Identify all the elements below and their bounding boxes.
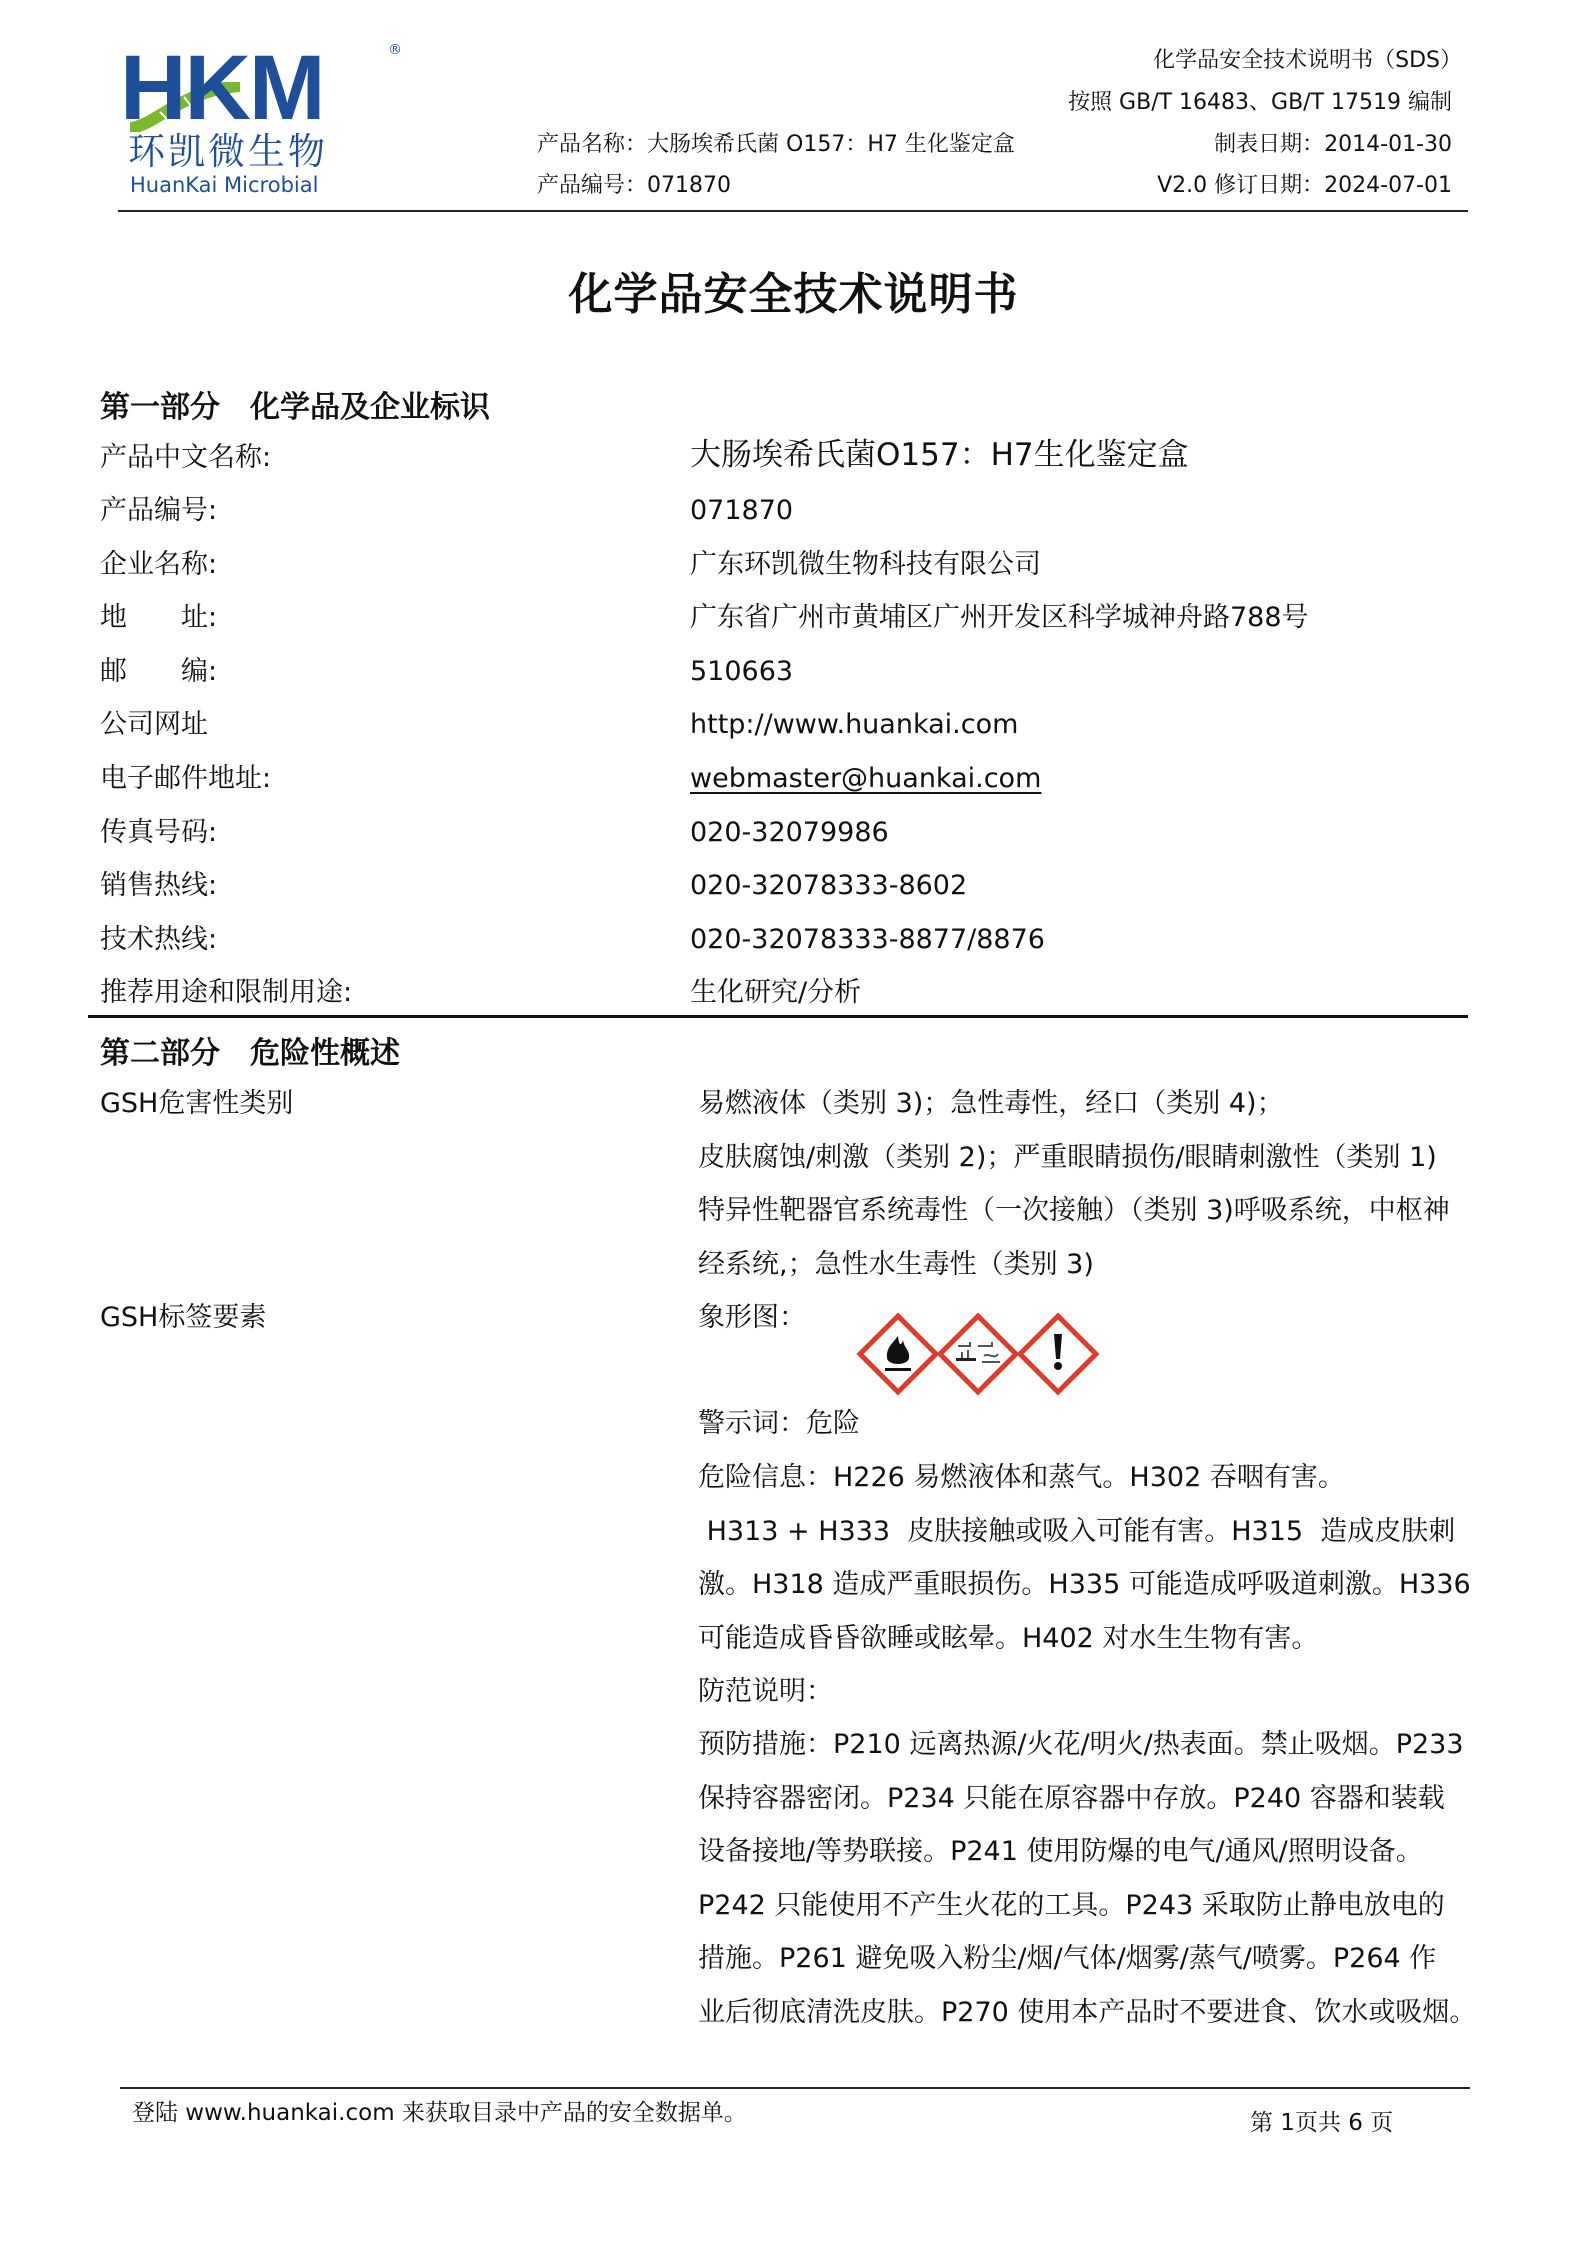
footer-divider bbox=[120, 2087, 1470, 2089]
header-product-name-label: 产品名称： bbox=[537, 132, 647, 157]
header-product-name: 产品名称：大肠埃希氏菌 O157：H7 生化鉴定盒 bbox=[537, 130, 1015, 160]
header-revision-date: 2024-07-01 bbox=[1324, 173, 1452, 198]
row-label-product-cn-name: 产品中文名称: bbox=[100, 441, 271, 475]
row-value-address: 广东省广州市黄埔区广州开发区科学城神舟路788号 bbox=[690, 601, 1309, 635]
precaution-line: 预防措施：P210 远离热源/火花/明火/热表面。禁止吸烟。P233 bbox=[698, 1718, 1488, 1772]
header-product-code: 产品编号：071870 bbox=[537, 171, 731, 201]
precaution-line: 措施。P261 避免吸入粉尘/烟/气体/烟雾/蒸气/喷雾。P264 作 bbox=[698, 1932, 1488, 1986]
row-label-fax: 传真号码: bbox=[100, 816, 217, 850]
row-label-website: 公司网址 bbox=[100, 708, 208, 742]
section2-title: 危险性概述 bbox=[250, 1036, 400, 1071]
hazard-class-label: GSH危害性类别 bbox=[100, 1087, 293, 1121]
row-label-company: 企业名称: bbox=[100, 548, 217, 582]
logo-mark: HKM bbox=[120, 42, 324, 134]
header-revision-label: V2.0 修订日期： bbox=[1157, 173, 1324, 198]
header-product-code-label: 产品编号： bbox=[537, 173, 647, 198]
logo-name-cn: 环凯微生物 bbox=[128, 132, 328, 172]
section2-number: 第二部分 bbox=[100, 1036, 220, 1071]
header-product-code-value: 071870 bbox=[647, 173, 731, 198]
precaution-line: 业后彻底清洗皮肤。P270 使用本产品时不要进食、饮水或吸烟。 bbox=[698, 1986, 1488, 2040]
hazard-class-line: 经系统,；急性水生毒性（类别 3) bbox=[698, 1238, 1488, 1292]
hazard-class-line: 皮肤腐蚀/刺激（类别 2)；严重眼睛损伤/眼睛刺激性（类别 1) bbox=[698, 1131, 1488, 1185]
header-standard: 按照 GB/T 16483、GB/T 17519 编制 bbox=[1068, 88, 1452, 118]
precaution-line: 设备接地/等势联接。P241 使用防爆的电气/通风/照明设备。 bbox=[698, 1825, 1488, 1879]
flame-icon bbox=[856, 1312, 940, 1396]
row-label-usage: 推荐用途和限制用途: bbox=[100, 976, 352, 1010]
company-logo: HKM ® 环凯微生物 HuanKai Microbial bbox=[120, 42, 400, 192]
registered-mark: ® bbox=[388, 42, 402, 58]
row-value-product-cn-name: 大肠埃希氏菌O157：H7生化鉴定盒 bbox=[690, 438, 1189, 472]
exclamation-icon bbox=[1016, 1312, 1100, 1396]
hazard-statement-line: 激。H318 造成严重眼损伤。H335 可能造成呼吸道刺激。H336 bbox=[698, 1558, 1488, 1612]
header-created-date: 2014-01-30 bbox=[1324, 132, 1452, 157]
precaution-label: 防范说明： bbox=[698, 1665, 1488, 1719]
header-doc-type: 化学品安全技术说明书（SDS） bbox=[1153, 46, 1462, 76]
page-number: 第 1页共 6 页 bbox=[1250, 2104, 1393, 2137]
hazard-statement-line: 危险信息：H226 易燃液体和蒸气。H302 吞咽有害。 bbox=[698, 1451, 1488, 1505]
logo-name-en: HuanKai Microbial bbox=[130, 174, 318, 196]
row-value-company: 广东环凯微生物科技有限公司 bbox=[690, 548, 1041, 582]
header-created-label: 制表日期： bbox=[1214, 132, 1324, 157]
website-link[interactable]: http://www.huankai.com bbox=[690, 708, 1018, 742]
row-label-postcode: 邮 编: bbox=[100, 655, 217, 689]
section1-number: 第一部分 bbox=[100, 390, 220, 425]
row-label-product-code: 产品编号: bbox=[100, 494, 217, 528]
footer-note: 登陆 www.huankai.com 来获取目录中产品的安全数据单。 bbox=[132, 2094, 747, 2127]
header-product-name-value: 大肠埃希氏菌 O157：H7 生化鉴定盒 bbox=[647, 132, 1015, 157]
header-created: 制表日期：2014-01-30 bbox=[1214, 130, 1452, 160]
header-revision: V2.0 修订日期：2024-07-01 bbox=[1157, 171, 1452, 201]
hazard-class-line: 易燃液体（类别 3)；急性毒性，经口（类别 4)； bbox=[698, 1077, 1488, 1131]
precaution-line: P242 只能使用不产生火花的工具。P243 采取防止静电放电的 bbox=[698, 1879, 1488, 1933]
hazard-class-text: 易燃液体（类别 3)；急性毒性，经口（类别 4)； 皮肤腐蚀/刺激（类别 2)；… bbox=[698, 1077, 1488, 1291]
row-label-tech-hotline: 技术热线: bbox=[100, 923, 217, 957]
email-link[interactable]: webmaster@huankai.com bbox=[690, 762, 1041, 796]
hazard-statement-line: H313 + H333 皮肤接触或吸入可能有害。H315 造成皮肤刺 bbox=[698, 1505, 1488, 1559]
precaution-line: 保持容器密闭。P234 只能在原容器中存放。P240 容器和装载 bbox=[698, 1772, 1488, 1826]
section1-title: 化学品及企业标识 bbox=[250, 390, 490, 425]
row-value-sales-hotline: 020-32078333-8602 bbox=[690, 869, 967, 903]
section1-heading: 第一部分化学品及企业标识 bbox=[100, 382, 490, 426]
row-label-sales-hotline: 销售热线: bbox=[100, 869, 217, 903]
ghs-pictograms bbox=[856, 1312, 1096, 1396]
header-divider bbox=[118, 210, 1468, 212]
hazard-statements: 危险信息：H226 易燃液体和蒸气。H302 吞咽有害。 H313 + H333… bbox=[698, 1451, 1488, 1665]
hazard-statement-line: 可能造成昏昏欲睡或眩晕。H402 对水生生物有害。 bbox=[698, 1612, 1488, 1666]
row-value-usage: 生化研究/分析 bbox=[690, 976, 861, 1010]
document-title: 化学品安全技术说明书 bbox=[0, 258, 1587, 322]
row-value-postcode: 510663 bbox=[690, 655, 793, 689]
row-value-product-code: 071870 bbox=[690, 494, 793, 528]
precaution-statements: 预防措施：P210 远离热源/火花/明火/热表面。禁止吸烟。P233 保持容器密… bbox=[698, 1718, 1488, 2039]
row-value-fax: 020-32079986 bbox=[690, 816, 889, 850]
row-label-address: 地 址: bbox=[100, 601, 217, 635]
row-label-email: 电子邮件地址: bbox=[100, 762, 271, 796]
section-divider bbox=[88, 1015, 1468, 1018]
hazard-class-line: 特异性靶器官系统毒性（一次接触）（类别 3)呼吸系统，中枢神 bbox=[698, 1184, 1488, 1238]
row-value-tech-hotline: 020-32078333-8877/8876 bbox=[690, 923, 1045, 957]
corrosion-icon bbox=[936, 1312, 1020, 1396]
label-elements-label: GSH标签要素 bbox=[100, 1301, 266, 1335]
section2-heading: 第二部分危险性概述 bbox=[100, 1028, 400, 1072]
signal-word: 警示词：危险 bbox=[698, 1397, 1488, 1451]
